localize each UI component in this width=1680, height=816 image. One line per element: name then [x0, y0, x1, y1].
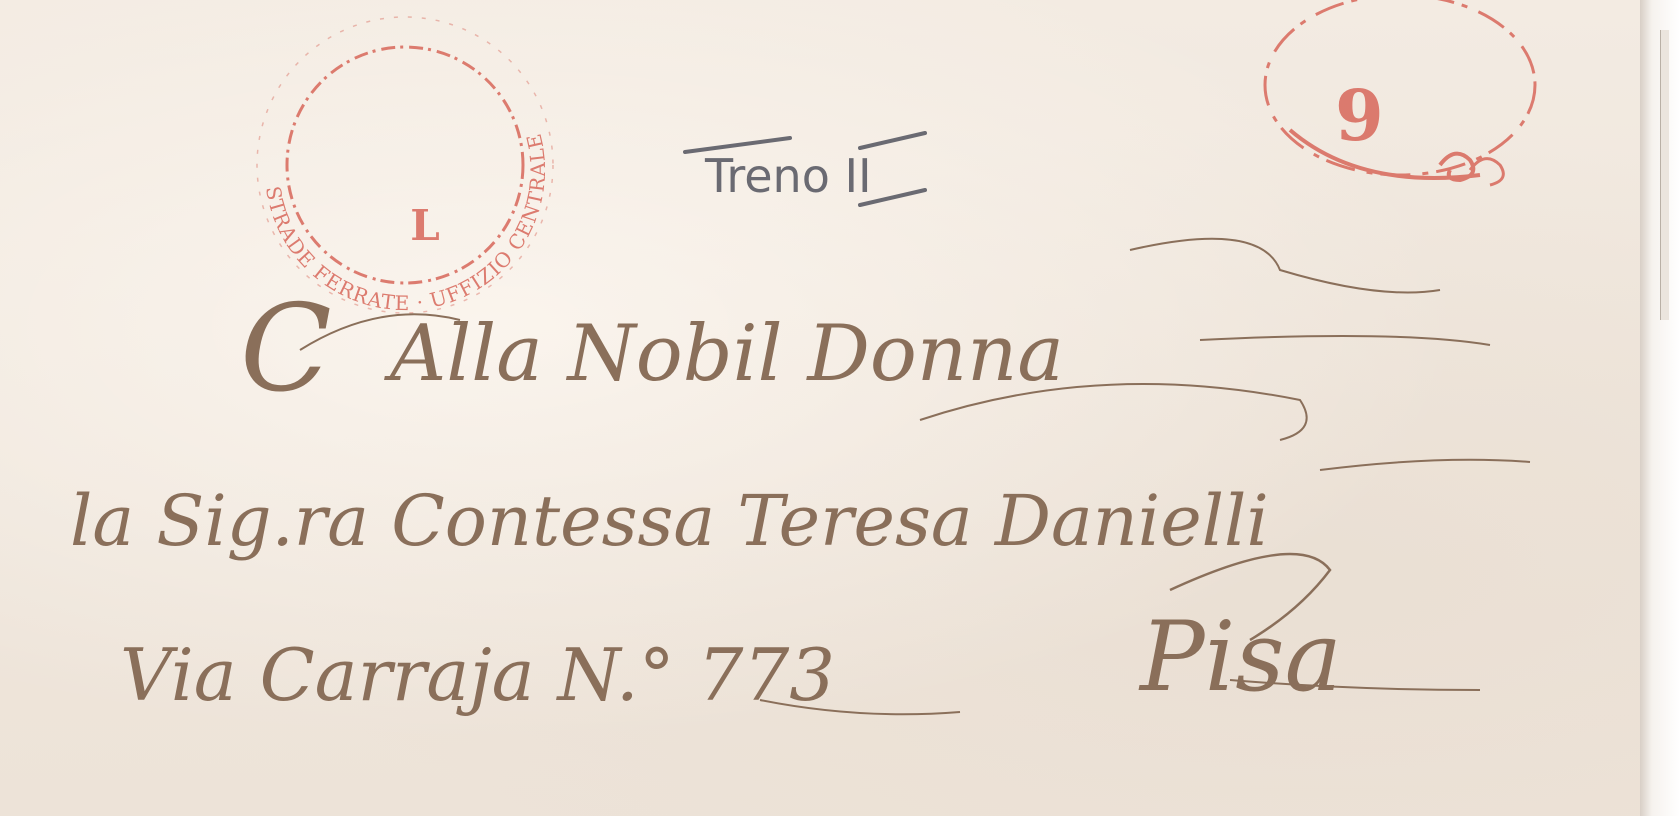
oval-postmark-mark: 9	[1335, 74, 1384, 157]
address-line-2: la Sig.ra Contessa Teresa Danielli	[70, 480, 1269, 562]
address-initial: C	[240, 280, 332, 419]
address-line-1: Alla Nobil Donna	[384, 309, 1064, 399]
pencil-note: Treno II	[685, 133, 925, 205]
handwritten-address: C Alla Nobil Donna la Sig.ra Contessa Te…	[70, 239, 1530, 717]
circular-postmark: STRADE FERRATE · UFFIZIO CENTRALE L	[257, 17, 553, 315]
postmark-center-letter: L	[410, 201, 440, 250]
address-line-3: Via Carraja N.° 773	[120, 633, 835, 717]
pencil-note-text: Treno II	[704, 149, 872, 203]
address-city: Pisa	[1138, 601, 1342, 713]
oval-postmark: 9	[1265, 0, 1535, 185]
